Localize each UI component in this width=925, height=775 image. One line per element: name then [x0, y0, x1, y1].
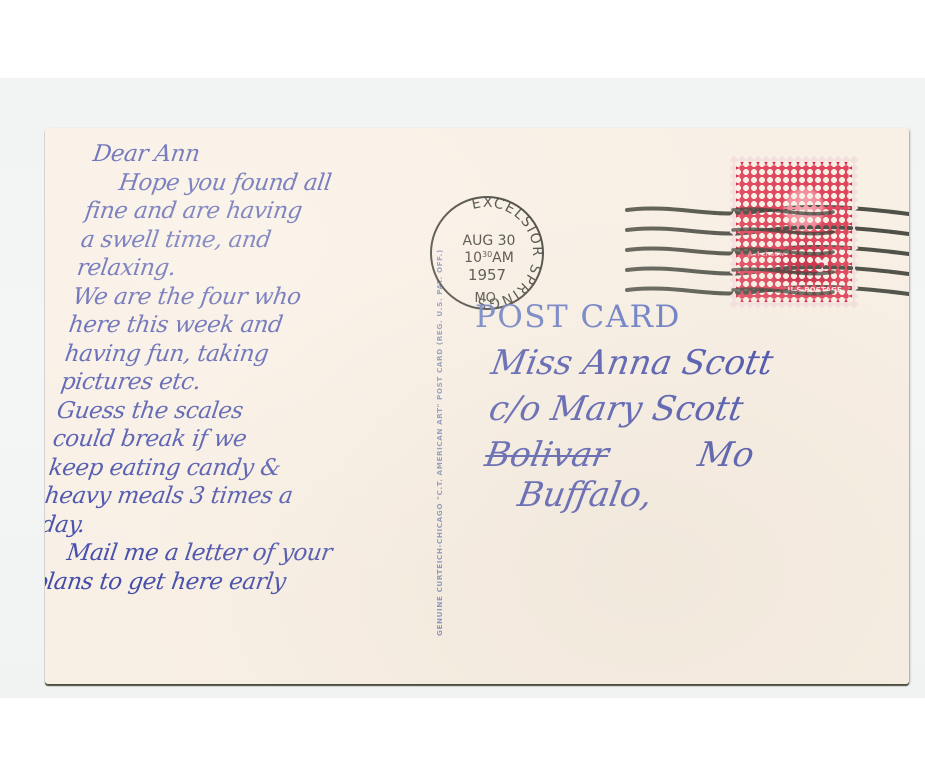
- address-city-struck: Bolivar: [482, 435, 612, 475]
- address-care-of: c/o Mary Scott: [479, 386, 768, 432]
- address-recipient: Miss Anna Scott: [488, 340, 777, 386]
- message-line: day.: [45, 511, 423, 540]
- message-line: keep eating candy &: [47, 454, 431, 483]
- postmark: EXCELSIOR SPRINGS AUG 30 1030AM 1957 MO.: [428, 194, 546, 312]
- message-line: fine and are having: [83, 197, 467, 226]
- message-line: Guess the scales: [55, 397, 439, 426]
- cancellation-overlay-lines: [623, 196, 909, 316]
- message-line: here this week and: [67, 311, 451, 340]
- message-line: pictures etc.: [59, 368, 443, 397]
- address-state: Mo: [695, 435, 757, 475]
- message-line: could break if we: [51, 425, 435, 454]
- message-line: heavy meals 3 times a: [45, 482, 427, 511]
- message-line: Hope you found all: [87, 169, 471, 198]
- handwritten-message: Dear Ann Hope you found all fine and are…: [45, 140, 475, 596]
- postmark-year: 1957: [468, 266, 506, 284]
- message-line: having fun, taking: [63, 340, 447, 369]
- message-line: plans to get here early: [45, 568, 415, 597]
- message-line: Mail me a letter of your: [45, 539, 419, 568]
- recipient-address: Miss Anna Scott c/o Mary Scott BolivarMo…: [464, 340, 776, 518]
- message-line: a swell time, and: [79, 226, 463, 255]
- address-city-corrected: Buffalo,: [464, 472, 753, 518]
- postmark-date: AUG 30: [463, 233, 516, 249]
- message-line: relaxing.: [75, 254, 459, 283]
- message-line: We are the four who: [71, 283, 455, 312]
- postcard: Dear Ann Hope you found all fine and are…: [45, 128, 909, 684]
- post-card-heading: POST CARD: [475, 299, 681, 335]
- postmark-time: 1030AM: [464, 250, 514, 266]
- salutation: Dear Ann: [91, 140, 475, 169]
